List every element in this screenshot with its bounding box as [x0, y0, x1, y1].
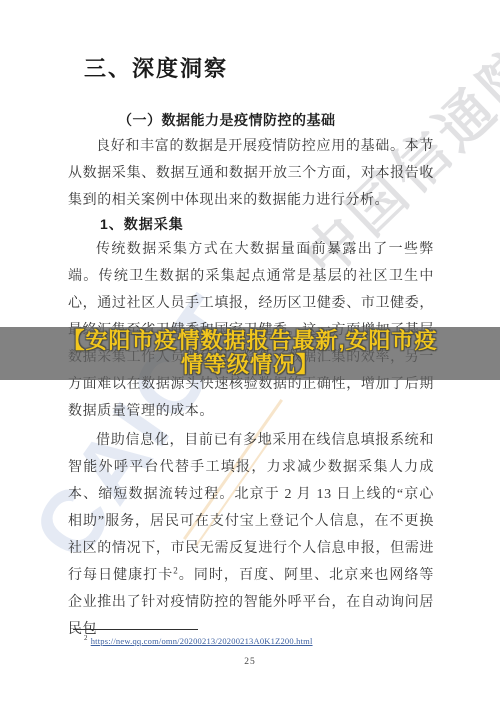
seo-overlay-banner: 【安阳市疫情数据报告最新,安阳市疫 情等级情况】: [0, 327, 500, 380]
document-page: CAICT 中国信通院 三、深度洞察 （一）数据能力是疫情防控的基础 良好和丰富…: [0, 0, 500, 706]
footnote-marker: 2: [84, 634, 88, 642]
footnote-url-link[interactable]: https://new.qq.com/omn/20200213/20200213…: [91, 636, 313, 646]
overlay-banner-line-2: 情等级情况】: [0, 353, 500, 377]
paragraph-informatization: 借助信息化，目前已有多地采用在线信息填报系统和智能外呼平台代替手工填报，力求减少…: [68, 427, 434, 643]
footnote-divider: [73, 629, 198, 630]
page-number: 25: [0, 657, 500, 667]
subsection-heading: 1、数据采集: [100, 214, 184, 234]
footnote: 2https://new.qq.com/omn/20200213/2020021…: [84, 634, 313, 646]
chapter-title: 三、深度洞察: [84, 52, 228, 83]
overlay-banner-line-1: 【安阳市疫情数据报告最新,安阳市疫: [0, 329, 500, 353]
paragraph-intro: 良好和丰富的数据是开展疫情防控应用的基础。本节从数据采集、数据互通和数据开放三个…: [68, 133, 434, 214]
paragraph-text: 借助信息化，目前已有多地采用在线信息填报系统和智能外呼平台代替手工填报，力求减少…: [68, 433, 434, 583]
section-heading: （一）数据能力是疫情防控的基础: [118, 110, 336, 130]
